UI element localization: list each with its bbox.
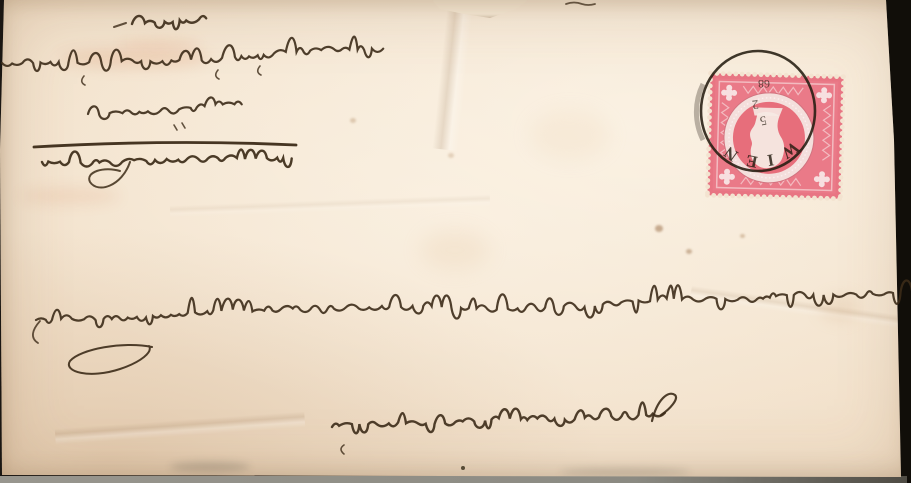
postmark-year: 68 [758,77,770,91]
handwriting-layer [2,3,911,455]
c-mark-2 [216,70,219,79]
svg-text:WIEN: WIEN [714,138,803,172]
address-oval-flourish [69,345,152,374]
umlaut-ticks [174,123,185,130]
place-underline [34,143,296,147]
small-c-salutation [341,445,344,454]
address-left-tail [33,321,40,343]
postmark-month: 2 [751,97,760,113]
handwriting-routing-line [2,37,383,71]
handwriting-note-word [132,16,206,29]
handwriting-place-word [42,150,292,167]
handwriting-salutation-line [332,402,665,433]
c-mark-3 [258,66,261,75]
top-edge-scribble [566,3,595,6]
photo-of-envelope: WIEN 5 2 68 [0,0,911,483]
postmark-city: WIEN [714,138,803,172]
postmark-day: 5 [759,113,768,129]
handwriting-region-line [88,97,242,119]
dash-before-note-word [114,23,126,27]
handwriting-address-line [36,280,911,327]
postmark-text-group: WIEN 5 2 68 [714,77,803,172]
c-mark-1 [82,76,85,85]
place-descender-swirl [89,162,130,188]
postmark: WIEN 5 2 68 [696,51,815,172]
